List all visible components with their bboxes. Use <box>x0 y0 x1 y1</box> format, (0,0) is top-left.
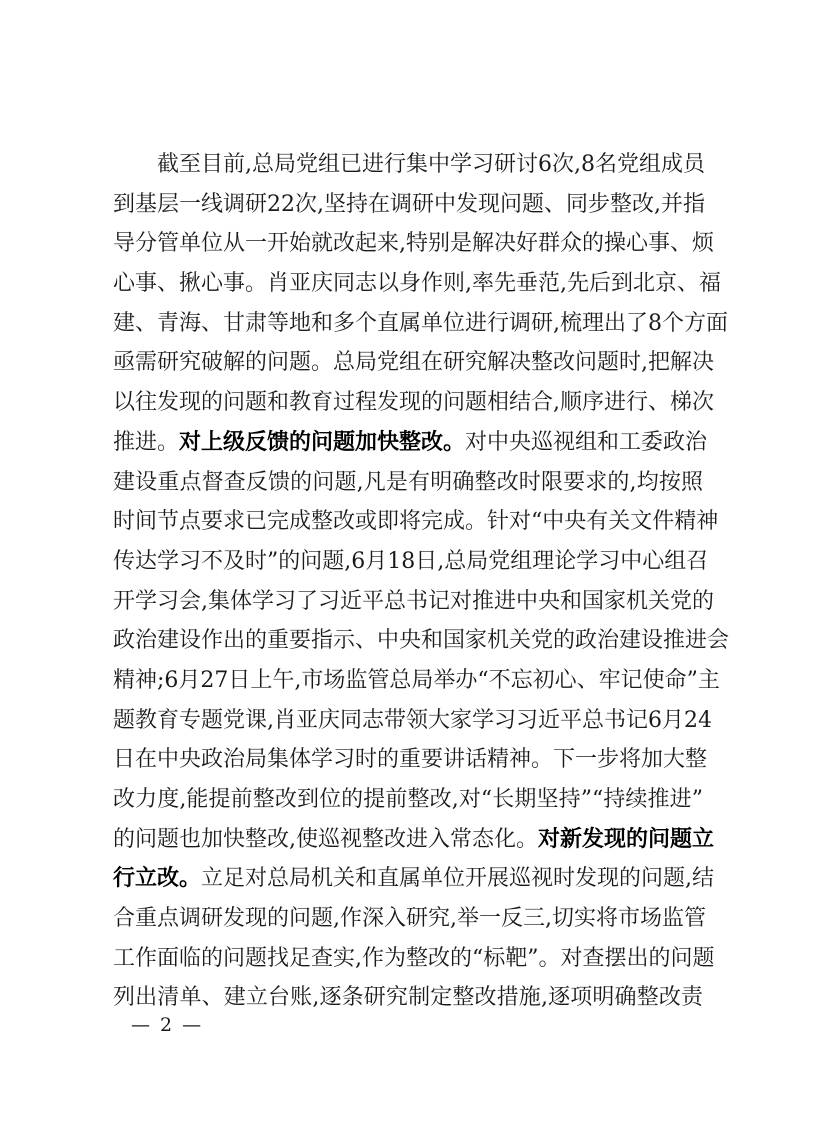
text-run: 以往发现的问题和教育过程发现的问题相结合,顺序进行、梯次 <box>113 390 714 415</box>
text-line: 题教育专题党课,肖亚庆同志带领大家学习习近平总书记6月24 <box>113 701 703 741</box>
text-run: 传达学习不及时”的问题,6月18日,总局党组理论学习中心组召 <box>113 549 708 574</box>
text-run: 建、青海、甘肃等地和多个直属单位进行调研,梳理出了8个方面 <box>113 311 728 336</box>
text-line: 到基层一线调研22次,坚持在调研中发现问题、同步整改,并指 <box>113 185 703 225</box>
text-line: 亟需研究破解的问题。总局党组在研究解决整改问题时,把解决 <box>113 343 703 383</box>
text-line: 时间节点要求已完成整改或即将完成。针对“中央有关文件精神 <box>113 502 703 542</box>
text-run: 截至目前,总局党组已进行集中学习研讨6次,8名党组成员 <box>157 152 705 177</box>
text-run: 立足对总局机关和直属单位开展巡视时发现的问题,结 <box>201 866 714 891</box>
text-line: 日在中央政治局集体学习时的重要讲话精神。下一步将加大整 <box>113 740 703 780</box>
text-run: 对中央巡视组和工委政治 <box>465 430 707 455</box>
text-run: 工作面临的问题找足查实,作为整改的“标靶”。对查摆出的问题 <box>113 946 715 971</box>
text-line: 精神;6月27日上午,市场监管总局举办“不忘初心、牢记使命”主 <box>113 661 703 701</box>
bold-heading-run: 对上级反馈的问题加快整改。 <box>179 429 465 455</box>
text-run: 推进。 <box>113 430 179 455</box>
text-run: 列出清单、建立台账,逐条研究制定整改措施,逐项明确整改责 <box>113 985 703 1010</box>
text-run: 导分管单位从一开始就改起来,特别是解决好群众的操心事、烦 <box>113 231 714 256</box>
text-run: 建设重点督查反馈的问题,凡是有明确整改时限要求的,均按照 <box>113 470 703 495</box>
text-line: 建设重点督查反馈的问题,凡是有明确整改时限要求的,均按照 <box>113 463 703 503</box>
text-run: 政治建设作出的重要指示、中央和国家机关党的政治建设推进会 <box>113 628 729 653</box>
text-run: 题教育专题党课,肖亚庆同志带领大家学习习近平总书记6月24 <box>113 708 712 733</box>
text-line: 工作面临的问题找足查实,作为整改的“标靶”。对查摆出的问题 <box>113 939 703 979</box>
text-line: 以往发现的问题和教育过程发现的问题相结合,顺序进行、梯次 <box>113 383 703 423</box>
text-line: 传达学习不及时”的问题,6月18日,总局党组理论学习中心组召 <box>113 542 703 582</box>
paragraph: 截至目前,总局党组已进行集中学习研讨6次,8名党组成员 到基层一线调研22次,坚… <box>113 145 703 1018</box>
page-number: — 2 — <box>131 1013 203 1037</box>
text-run: 改力度,能提前整改到位的提前整改,对“长期坚持”“持续推进” <box>113 787 703 812</box>
text-line: 心事、揪心事。肖亚庆同志以身作则,率先垂范,先后到北京、福 <box>113 264 703 304</box>
bold-heading-run: 对新发现的问题立 <box>538 826 714 852</box>
text-run: 亟需研究破解的问题。总局党组在研究解决整改问题时,把解决 <box>113 350 714 375</box>
text-line: 导分管单位从一开始就改起来,特别是解决好群众的操心事、烦 <box>113 224 703 264</box>
text-run: 时间节点要求已完成整改或即将完成。针对“中央有关文件精神 <box>113 509 718 534</box>
text-line: 合重点调研发现的问题,作深入研究,举一反三,切实将市场监管 <box>113 899 703 939</box>
text-line: 改力度,能提前整改到位的提前整改,对“长期坚持”“持续推进” <box>113 780 703 820</box>
text-line: 推进。对上级反馈的问题加快整改。对中央巡视组和工委政治 <box>113 423 703 463</box>
document-page: 截至目前,总局党组已进行集中学习研讨6次,8名党组成员 到基层一线调研22次,坚… <box>0 0 816 1145</box>
text-run: 开学习会,集体学习了习近平总书记对推进中央和国家机关党的 <box>113 589 714 614</box>
text-run: 日在中央政治局集体学习时的重要讲话精神。下一步将加大整 <box>113 747 707 772</box>
text-line: 开学习会,集体学习了习近平总书记对推进中央和国家机关党的 <box>113 582 703 622</box>
text-line: 截至目前,总局党组已进行集中学习研讨6次,8名党组成员 <box>113 145 703 185</box>
text-run: 心事、揪心事。肖亚庆同志以身作则,率先垂范,先后到北京、福 <box>113 271 721 296</box>
text-line: 的问题也加快整改,使巡视整改进入常态化。对新发现的问题立 <box>113 820 703 860</box>
text-run: 精神;6月27日上午,市场监管总局举办“不忘初心、牢记使命”主 <box>113 668 720 693</box>
text-run: 的问题也加快整改,使巡视整改进入常态化。 <box>113 827 538 852</box>
bold-heading-run: 行立改。 <box>113 865 201 891</box>
text-line: 建、青海、甘肃等地和多个直属单位进行调研,梳理出了8个方面 <box>113 304 703 344</box>
text-run: 合重点调研发现的问题,作深入研究,举一反三,切实将市场监管 <box>113 906 706 931</box>
text-line: 行立改。立足对总局机关和直属单位开展巡视时发现的问题,结 <box>113 859 703 899</box>
text-run: 到基层一线调研22次,坚持在调研中发现问题、同步整改,并指 <box>113 192 705 217</box>
text-line: 政治建设作出的重要指示、中央和国家机关党的政治建设推进会 <box>113 621 703 661</box>
